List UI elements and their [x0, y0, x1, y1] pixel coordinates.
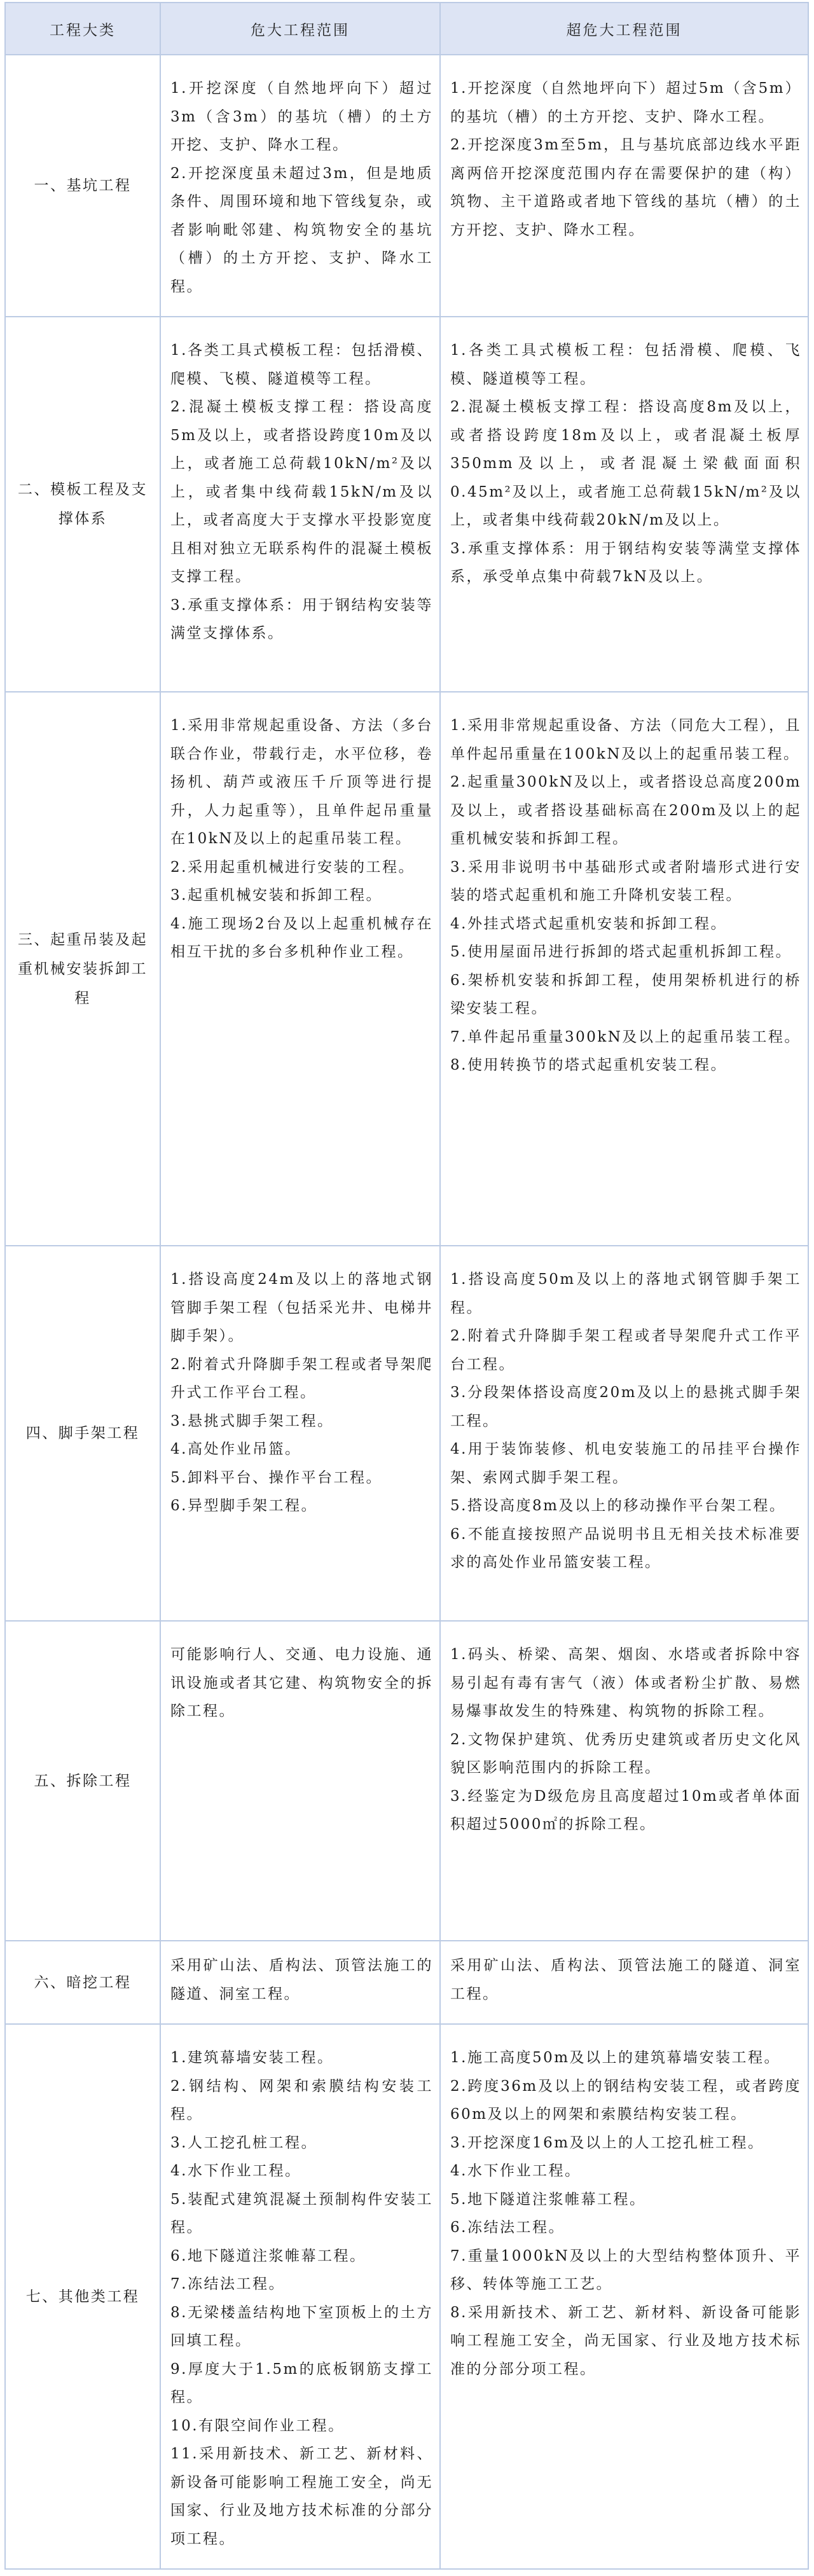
scope-item: 8.采用新技术、新工艺、新材料、新设备可能影响工程施工安全，尚无国家、行业及地方…: [450, 2299, 801, 2384]
scope-item: 4.水下作业工程。: [450, 2157, 801, 2186]
category-cell: 四、脚手架工程: [5, 1246, 160, 1621]
scope-item: 2.附着式升降脚手架工程或者导架爬升式工作平台工程。: [170, 1351, 433, 1407]
scope-item: 5.搭设高度8m及以上的移动操作平台架工程。: [450, 1492, 801, 1520]
scope-item: 2.钢结构、网架和索膜结构安装工程。: [170, 2072, 433, 2129]
scope-item: 4.高处作业吊篮。: [170, 1435, 433, 1464]
scope-item: 1.建筑幕墙安装工程。: [170, 2044, 433, 2072]
scope-item: 2.混凝土模板支撑工程：搭设高度8m及以上，或者搭设跨度18m及以上，或者混凝土…: [450, 393, 801, 535]
danger-scope-cell: 可能影响行人、交通、电力设施、通讯设施或者其它建、构筑物安全的拆除工程。: [160, 1621, 440, 1941]
scope-item: 4.用于装饰装修、机电安装施工的吊挂平台操作架、索网式脚手架工程。: [450, 1435, 801, 1492]
super-danger-scope-cell: 采用矿山法、盾构法、顶管法施工的隧道、洞室工程。: [440, 1941, 808, 2024]
scope-item: 1.搭设高度50m及以上的落地式钢管脚手架工程。: [450, 1265, 801, 1322]
scope-item: 3.承重支撑体系：用于钢结构安装等满堂支撑体系。: [170, 591, 433, 648]
table-row: 六、暗挖工程采用矿山法、盾构法、顶管法施工的隧道、洞室工程。采用矿山法、盾构法、…: [5, 1941, 808, 2024]
scope-item: 采用矿山法、盾构法、顶管法施工的隧道、洞室工程。: [450, 1952, 801, 2008]
scope-item: 2.起重量300kN及以上，或者搭设总高度200m及以上，或者搭设基础标高在20…: [450, 768, 801, 853]
scope-item: 2.开挖深度虽未超过3m，但是地质条件、周围环境和地下管线复杂，或者影响毗邻建、…: [170, 160, 433, 301]
scope-item: 3.经鉴定为D级危房且高度超过10m或者单体面积超过5000㎡的拆除工程。: [450, 1782, 801, 1839]
scope-item: 5.地下隧道注浆帷幕工程。: [450, 2186, 801, 2214]
scope-item: 可能影响行人、交通、电力设施、通讯设施或者其它建、构筑物安全的拆除工程。: [170, 1641, 433, 1726]
table-row: 五、拆除工程可能影响行人、交通、电力设施、通讯设施或者其它建、构筑物安全的拆除工…: [5, 1621, 808, 1941]
scope-item: 1.施工高度50m及以上的建筑幕墙安装工程。: [450, 2044, 801, 2072]
scope-item: 6.架桥机安装和拆卸工程，使用架桥机进行的桥梁安装工程。: [450, 967, 801, 1023]
scope-item: 5.装配式建筑混凝土预制构件安装工程。: [170, 2186, 433, 2242]
table-header-row: 工程大类 危大工程范围 超危大工程范围: [5, 3, 808, 55]
super-danger-scope-cell: 1.施工高度50m及以上的建筑幕墙安装工程。2.跨度36m及以上的钢结构安装工程…: [440, 2024, 808, 2569]
scope-item: 2.开挖深度3m至5m，且与基坑底部边线水平距离两倍开挖深度范围内存在需要保护的…: [450, 131, 801, 244]
scope-item: 4.施工现场2台及以上起重机械存在相互干扰的多台多机种作业工程。: [170, 910, 433, 967]
scope-item: 3.分段架体搭设高度20m及以上的悬挑式脚手架工程。: [450, 1379, 801, 1435]
scope-item: 6.异型脚手架工程。: [170, 1492, 433, 1520]
scope-item: 7.单件起吊重量300kN及以上的起重吊装工程。: [450, 1023, 801, 1052]
scope-item: 1.各类工具式模板工程：包括滑模、爬模、飞模、隧道模等工程。: [450, 336, 801, 393]
scope-item: 1.搭设高度24m及以上的落地式钢管脚手架工程（包括采光井、电梯井脚手架）。: [170, 1265, 433, 1351]
danger-scope-cell: 1.搭设高度24m及以上的落地式钢管脚手架工程（包括采光井、电梯井脚手架）。2.…: [160, 1246, 440, 1621]
super-danger-scope-cell: 1.采用非常规起重设备、方法（同危大工程），且单件起吊重量在100kN及以上的起…: [440, 692, 808, 1246]
table-row: 四、脚手架工程1.搭设高度24m及以上的落地式钢管脚手架工程（包括采光井、电梯井…: [5, 1246, 808, 1621]
super-danger-scope-cell: 1.码头、桥梁、高架、烟囱、水塔或者拆除中容易引起有毒有害气（液）体或者粉尘扩散…: [440, 1621, 808, 1941]
scope-item: 10.有限空间作业工程。: [170, 2412, 433, 2441]
danger-scope-cell: 1.各类工具式模板工程：包括滑模、爬模、飞模、隧道模等工程。2.混凝土模板支撑工…: [160, 317, 440, 692]
scope-item: 5.卸料平台、操作平台工程。: [170, 1464, 433, 1492]
engineering-scope-table-container: 工程大类 危大工程范围 超危大工程范围 一、基坑工程1.开挖深度（自然地坪向下）…: [4, 2, 808, 2570]
table-row: 三、起重吊装及起重机械安装拆卸工程1.采用非常规起重设备、方法（多台联合作业，带…: [5, 692, 808, 1246]
scope-item: 2.跨度36m及以上的钢结构安装工程，或者跨度60m及以上的网架和索膜结构安装工…: [450, 2072, 801, 2129]
scope-item: 1.采用非常规起重设备、方法（同危大工程），且单件起吊重量在100kN及以上的起…: [450, 712, 801, 768]
scope-item: 3.起重机械安装和拆卸工程。: [170, 881, 433, 910]
scope-item: 采用矿山法、盾构法、顶管法施工的隧道、洞室工程。: [170, 1952, 433, 2008]
header-category: 工程大类: [5, 3, 160, 55]
category-cell: 二、模板工程及支撑体系: [5, 317, 160, 692]
scope-item: 1.开挖深度（自然地坪向下）超过3m（含3m）的基坑（槽）的土方开挖、支护、降水…: [170, 74, 433, 160]
scope-item: 6.冻结法工程。: [450, 2214, 801, 2242]
header-super-danger-scope: 超危大工程范围: [440, 3, 808, 55]
danger-scope-cell: 1.开挖深度（自然地坪向下）超过3m（含3m）的基坑（槽）的土方开挖、支护、降水…: [160, 55, 440, 317]
scope-item: 2.附着式升降脚手架工程或者导架爬升式工作平台工程。: [450, 1322, 801, 1379]
table-row: 七、其他类工程1.建筑幕墙安装工程。2.钢结构、网架和索膜结构安装工程。3.人工…: [5, 2024, 808, 2569]
table-body: 一、基坑工程1.开挖深度（自然地坪向下）超过3m（含3m）的基坑（槽）的土方开挖…: [5, 55, 808, 2569]
category-cell: 六、暗挖工程: [5, 1941, 160, 2024]
scope-item: 3.人工挖孔桩工程。: [170, 2129, 433, 2158]
scope-item: 8.无梁楼盖结构地下室顶板上的土方回填工程。: [170, 2299, 433, 2355]
scope-item: 6.不能直接按照产品说明书且无相关技术标准要求的高处作业吊篮安装工程。: [450, 1520, 801, 1577]
category-cell: 一、基坑工程: [5, 55, 160, 317]
scope-item: 3.悬挑式脚手架工程。: [170, 1407, 433, 1436]
scope-item: 6.地下隧道注浆帷幕工程。: [170, 2242, 433, 2271]
danger-scope-cell: 1.建筑幕墙安装工程。2.钢结构、网架和索膜结构安装工程。3.人工挖孔桩工程。4…: [160, 2024, 440, 2569]
category-cell: 七、其他类工程: [5, 2024, 160, 2569]
scope-item: 1.采用非常规起重设备、方法（多台联合作业，带载行走，水平位移，卷扬机、葫芦或液…: [170, 712, 433, 853]
super-danger-scope-cell: 1.各类工具式模板工程：包括滑模、爬模、飞模、隧道模等工程。2.混凝土模板支撑工…: [440, 317, 808, 692]
scope-item: 2.采用起重机械进行安装的工程。: [170, 853, 433, 882]
engineering-scope-table: 工程大类 危大工程范围 超危大工程范围 一、基坑工程1.开挖深度（自然地坪向下）…: [4, 2, 809, 2570]
danger-scope-cell: 1.采用非常规起重设备、方法（多台联合作业，带载行走，水平位移，卷扬机、葫芦或液…: [160, 692, 440, 1246]
scope-item: 1.码头、桥梁、高架、烟囱、水塔或者拆除中容易引起有毒有害气（液）体或者粉尘扩散…: [450, 1641, 801, 1726]
scope-item: 2.混凝土模板支撑工程：搭设高度5m及以上，或者搭设跨度10m及以上，或者施工总…: [170, 393, 433, 591]
scope-item: 3.采用非说明书中基础形式或者附墙形式进行安装的塔式起重机和施工升降机安装工程。: [450, 853, 801, 910]
scope-item: 9.厚度大于1.5m的底板钢筋支撑工程。: [170, 2355, 433, 2412]
scope-item: 5.使用屋面吊进行拆卸的塔式起重机拆卸工程。: [450, 938, 801, 967]
category-cell: 三、起重吊装及起重机械安装拆卸工程: [5, 692, 160, 1246]
category-cell: 五、拆除工程: [5, 1621, 160, 1941]
danger-scope-cell: 采用矿山法、盾构法、顶管法施工的隧道、洞室工程。: [160, 1941, 440, 2024]
scope-item: 3.承重支撑体系：用于钢结构安装等满堂支撑体系，承受单点集中荷载7kN及以上。: [450, 535, 801, 591]
super-danger-scope-cell: 1.开挖深度（自然地坪向下）超过5m（含5m）的基坑（槽）的土方开挖、支护、降水…: [440, 55, 808, 317]
scope-item: 4.外挂式塔式起重机安装和拆卸工程。: [450, 910, 801, 939]
header-danger-scope: 危大工程范围: [160, 3, 440, 55]
scope-item: 4.水下作业工程。: [170, 2157, 433, 2186]
table-row: 二、模板工程及支撑体系1.各类工具式模板工程：包括滑模、爬模、飞模、隧道模等工程…: [5, 317, 808, 692]
scope-item: 3.开挖深度16m及以上的人工挖孔桩工程。: [450, 2129, 801, 2158]
scope-item: 7.冻结法工程。: [170, 2270, 433, 2299]
scope-item: 1.开挖深度（自然地坪向下）超过5m（含5m）的基坑（槽）的土方开挖、支护、降水…: [450, 74, 801, 131]
scope-item: 2.文物保护建筑、优秀历史建筑或者历史文化风貌区影响范围内的拆除工程。: [450, 1726, 801, 1782]
scope-item: 1.各类工具式模板工程：包括滑模、爬模、飞模、隧道模等工程。: [170, 336, 433, 393]
table-row: 一、基坑工程1.开挖深度（自然地坪向下）超过3m（含3m）的基坑（槽）的土方开挖…: [5, 55, 808, 317]
scope-item: 8.使用转换节的塔式起重机安装工程。: [450, 1051, 801, 1080]
scope-item: 11.采用新技术、新工艺、新材料、新设备可能影响工程施工安全，尚无国家、行业及地…: [170, 2440, 433, 2553]
super-danger-scope-cell: 1.搭设高度50m及以上的落地式钢管脚手架工程。2.附着式升降脚手架工程或者导架…: [440, 1246, 808, 1621]
scope-item: 7.重量1000kN及以上的大型结构整体顶升、平移、转体等施工工艺。: [450, 2242, 801, 2299]
